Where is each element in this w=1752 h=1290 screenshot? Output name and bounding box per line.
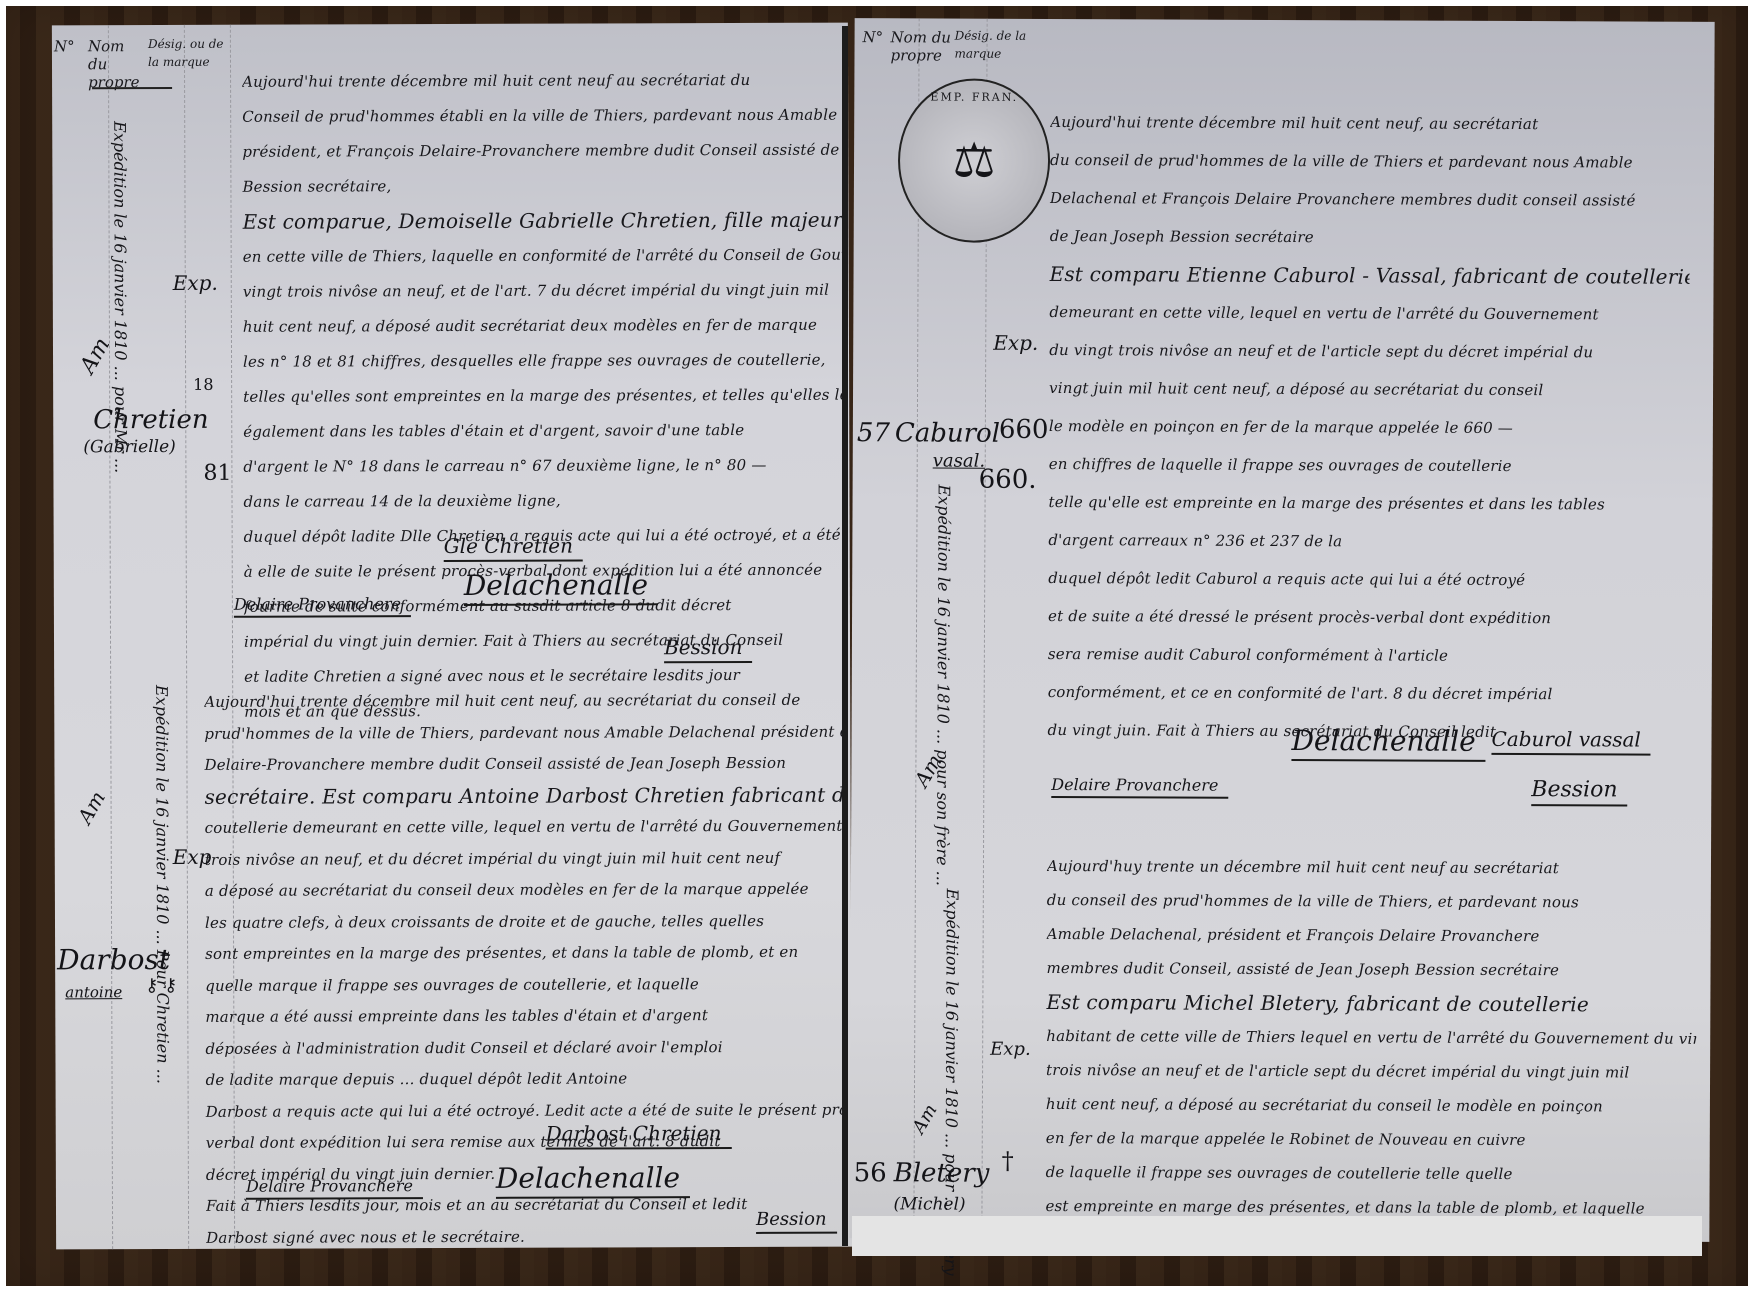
- exp-label: Exp.: [993, 331, 1038, 355]
- header-col-name: Nom du propre: [88, 37, 146, 91]
- document-photo: N° Nom du propre Désig. ou de la marque …: [6, 6, 1748, 1286]
- signature: Bession: [756, 1209, 837, 1234]
- sheet-underneath: [852, 1216, 1702, 1256]
- margin-firstname: vasal.: [933, 450, 985, 471]
- entry-line: Conseil de prud'hommes établi en la vill…: [242, 98, 842, 135]
- entry-line: vingt juin mil huit cent neuf, a déposé …: [1049, 369, 1689, 410]
- margin-number: 56: [854, 1158, 887, 1188]
- exp-label: Exp.: [990, 1039, 1031, 1060]
- entry-line: habitant de cette ville de Thiers lequel…: [1046, 1019, 1696, 1056]
- entry-line: d'argent carreaux n° 236 et 237 de la: [1048, 521, 1688, 562]
- signature: Bession: [664, 635, 752, 663]
- left-page: N° Nom du propre Désig. ou de la marque …: [52, 23, 852, 1250]
- entry-line: Aujourd'hui trente décembre mil huit cen…: [242, 63, 842, 100]
- entry-line: impérial du vingt juin dernier. Fait à T…: [244, 623, 844, 660]
- signature: Delachenalle: [464, 568, 658, 606]
- mark-symbol: †: [1002, 1147, 1014, 1175]
- entry-line: telle qu'elle est empreinte en la marge …: [1048, 483, 1688, 524]
- stamp-text: EMP. FRAN.: [930, 90, 1018, 103]
- mark-number-18: 18: [193, 375, 213, 394]
- entry-line: Est comparue, Demoiselle Gabrielle Chret…: [242, 203, 842, 240]
- entry-line: dans le carreau 14 de la deuxième ligne,: [243, 483, 843, 520]
- entry-body: Aujourd'hui trente décembre mil huit cen…: [1047, 103, 1690, 752]
- entry-line: sera remise audit Caburol conformément à…: [1048, 635, 1688, 676]
- entry-line: Est comparu Etienne Caburol - Vassal, fa…: [1049, 255, 1689, 296]
- entry-line: coutellerie demeurant en cette ville, le…: [205, 811, 845, 845]
- entry-line: a déposé au secrétariat du conseil deux …: [205, 874, 845, 908]
- entry-line: en cette ville de Thiers, laquelle en co…: [243, 238, 843, 275]
- signature: Darbost Chretien: [546, 1121, 732, 1150]
- margin-name: Caburol: [895, 418, 1000, 448]
- entry-line: trois nivôse an neuf et de l'article sep…: [1046, 1053, 1696, 1090]
- signature: Delaire Provanchere: [246, 1176, 423, 1200]
- margin-rule: [184, 25, 189, 1249]
- header-col-number: N°: [54, 37, 75, 55]
- entry-line: Aujourd'hui trente décembre mil huit cen…: [204, 685, 844, 719]
- entry-line: Delachenal et François Delaire Provanche…: [1050, 179, 1690, 220]
- margin-firstname: antoine: [65, 983, 122, 1001]
- entry-line: du vingt trois nivôse an neuf et de l'ar…: [1049, 331, 1689, 372]
- entry-line: les n° 18 et 81 chiffres, desquelles ell…: [243, 343, 843, 380]
- entry-line: prud'hommes de la ville de Thiers, parde…: [204, 716, 844, 750]
- entry-line: en chiffres de laquelle il frappe ses ou…: [1049, 445, 1689, 486]
- entry-body: Aujourd'huy trente un décembre mil huit …: [1045, 849, 1697, 1226]
- entry-line: de laquelle il frappe ses ouvrages de co…: [1046, 1155, 1696, 1192]
- imperial-stamp: EMP. FRAN. ⚖: [898, 78, 1051, 243]
- entry-line: marque a été aussi empreinte dans les ta…: [205, 1000, 845, 1034]
- entry-line: Delaire-Provanchere membre dudit Conseil…: [204, 748, 844, 782]
- signature: Caburol vassal: [1491, 727, 1650, 756]
- entry-line: Darbost signé avec nous et le secrétaire…: [206, 1220, 846, 1254]
- entry-line: conformément, et ce en conformité de l'a…: [1048, 673, 1688, 714]
- entry-line: déposées à l'administration dudit Consei…: [205, 1031, 845, 1065]
- signature: Bession: [1531, 777, 1627, 806]
- entry-body: Aujourd'hui trente décembre mil huit cen…: [242, 63, 844, 730]
- entry-line: le modèle en poinçon en fer de la marque…: [1049, 407, 1689, 448]
- entry-line: du conseil de prud'hommes de la ville de…: [1050, 141, 1690, 182]
- entry-line: vingt trois nivôse an neuf, et de l'art.…: [243, 273, 843, 310]
- entry-line: du conseil des prud'hommes de la ville d…: [1047, 883, 1697, 920]
- entry-line: Est comparu Michel Bletery, fabricant de…: [1046, 985, 1696, 1022]
- margin-firstname: (Gabrielle): [83, 437, 175, 457]
- entry-line: Aujourd'hui trente décembre mil huit cen…: [1050, 103, 1690, 144]
- entry-line: verbal dont expédition lui sera remise a…: [206, 1126, 846, 1160]
- header-underline: [92, 87, 172, 89]
- entry-line: Bession secrétaire,: [242, 168, 842, 205]
- entry-line: d'argent le N° 18 dans le carreau n° 67 …: [243, 448, 843, 485]
- stamp-figure-icon: ⚖: [952, 133, 995, 189]
- margin-note-vertical: Expédition le 16 janvier 1810 ... pour s…: [931, 484, 955, 886]
- header-col-design: Désig. ou de la marque: [148, 35, 228, 71]
- mark-number: 660: [999, 415, 1049, 445]
- entry-line: Darbost a requis acte qui lui a été octr…: [206, 1094, 846, 1128]
- header-col-number: N°: [863, 28, 884, 46]
- entry-line: demeurant en cette ville, lequel en vert…: [1049, 293, 1689, 334]
- signature: Delachenalle: [1291, 724, 1485, 762]
- entry-line: membres dudit Conseil, assisté de Jean J…: [1046, 951, 1696, 988]
- margin-number: 81: [203, 461, 231, 486]
- header-col-design: Désig. de la marque: [954, 27, 1034, 63]
- entry-line: huit cent neuf, a déposé audit secrétari…: [243, 308, 843, 345]
- signature: Delachenalle: [496, 1161, 690, 1199]
- right-page: N° Nom du propre Désig. de la marque EMP…: [849, 18, 1714, 1242]
- signature: Gle Chretien: [444, 534, 583, 562]
- entry-line: également dans les tables d'étain et d'a…: [243, 413, 843, 450]
- entry-line: sont empreintes en la marge des présente…: [205, 937, 845, 971]
- margin-number: 57: [857, 418, 890, 448]
- header-col-name: Nom du propre: [890, 28, 960, 64]
- margin-name: Darbost: [57, 943, 170, 976]
- entry-line: telles qu'elles sont empreintes en la ma…: [243, 378, 843, 415]
- entry-line: Aujourd'huy trente un décembre mil huit …: [1047, 849, 1697, 886]
- mark-number: 660.: [979, 465, 1037, 495]
- entry-line: quelle marque il frappe ses ouvrages de …: [205, 968, 845, 1002]
- entry-line: les quatre clefs, à deux croissants de d…: [205, 905, 845, 939]
- margin-name: Chretien: [93, 405, 208, 435]
- book-spine: [842, 26, 848, 1246]
- margin-note-vertical: Expédition le 16 janvier 1810 ... Pour C…: [150, 685, 173, 1084]
- entry-line: et de suite a été dressé le présent proc…: [1048, 597, 1688, 638]
- entry-line: en fer de la marque appelée le Robinet d…: [1046, 1121, 1696, 1158]
- entry-line: de ladite marque depuis ... duquel dépôt…: [205, 1063, 845, 1097]
- entry-line: de Jean Joseph Bession secrétaire: [1050, 217, 1690, 258]
- margin-firstname: (Michel): [893, 1194, 965, 1214]
- entry-line: trois nivôse an neuf, et du décret impér…: [205, 842, 845, 876]
- margin-initials: Am: [73, 787, 110, 828]
- entry-line: Amable Delachenal, président et François…: [1047, 917, 1697, 954]
- signature: Delaire Provanchere: [234, 594, 411, 618]
- entry-line: président, et François Delaire-Provanche…: [242, 133, 842, 170]
- entry-line: huit cent neuf, a déposé au secrétariat …: [1046, 1087, 1696, 1124]
- mark-symbol-keys: ⚷ ⚷: [145, 975, 177, 996]
- margin-name: Bletery: [894, 1158, 990, 1188]
- entry-line: duquel dépôt ledit Caburol a requis acte…: [1048, 559, 1688, 600]
- signature: Delaire Provanchere: [1051, 775, 1228, 799]
- exp-label: Exp.: [173, 271, 218, 295]
- entry-line: secrétaire. Est comparu Antoine Darbost …: [205, 779, 845, 813]
